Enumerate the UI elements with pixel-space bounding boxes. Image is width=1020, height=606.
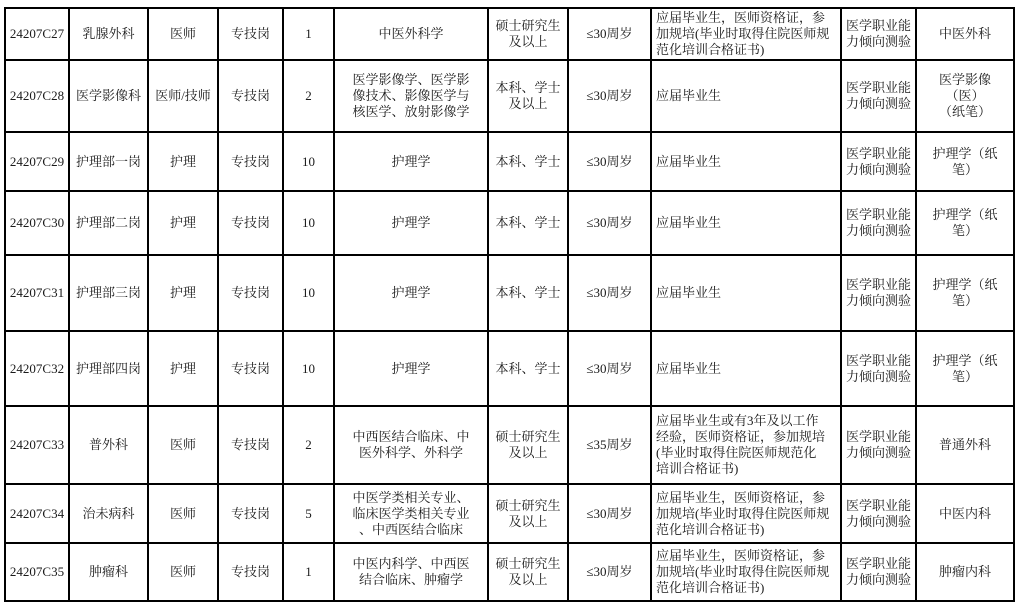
other-requirements-cell: 应届毕业生或有3年及以工作 经验，医师资格证，参加规培 (毕业时取得住院医师规范… xyxy=(651,406,841,484)
department-cell: 护理部三岗 xyxy=(69,255,148,331)
headcount-cell: 10 xyxy=(283,255,334,331)
written-exam-subject-cell: 医学职业能 力倾向测验 xyxy=(841,543,916,601)
age-limit-cell: ≤30周岁 xyxy=(568,331,651,406)
major-requirement-cell: 中医学类相关专业、 临床医学类相关专业 、中西医结合临床 xyxy=(334,484,488,543)
written-exam-subject-cell: 医学职业能 力倾向测验 xyxy=(841,255,916,331)
other-requirements-cell: 应届毕业生，医师资格证，参加规培(毕业时取得住院医师规范化培训合格证书) xyxy=(651,484,841,543)
written-exam-subject-cell: 医学职业能 力倾向测验 xyxy=(841,60,916,132)
professional-subject-cell: 肿瘤内科 xyxy=(916,543,1014,601)
professional-subject-cell: 中医外科 xyxy=(916,8,1014,60)
written-exam-subject-cell: 医学职业能 力倾向测验 xyxy=(841,191,916,255)
headcount-cell: 1 xyxy=(283,543,334,601)
education-degree-cell: 硕士研究生 及以上 xyxy=(488,484,568,543)
department-cell: 护理部二岗 xyxy=(69,191,148,255)
age-limit-cell: ≤30周岁 xyxy=(568,8,651,60)
table-row: 24207C28医学影像科医师/技师专技岗2医学影像学、医学影 像技术、影像医学… xyxy=(5,60,1014,132)
position-type-cell: 医师/技师 xyxy=(148,60,218,132)
department-cell: 护理部四岗 xyxy=(69,331,148,406)
headcount-cell: 10 xyxy=(283,191,334,255)
age-limit-cell: ≤30周岁 xyxy=(568,484,651,543)
headcount-cell: 10 xyxy=(283,331,334,406)
job-code-cell: 24207C30 xyxy=(5,191,69,255)
major-requirement-cell: 护理学 xyxy=(334,255,488,331)
table-body: 24207C27乳腺外科医师专技岗1中医外科学硕士研究生 及以上≤30周岁应届毕… xyxy=(5,8,1014,601)
post-category-cell: 专技岗 xyxy=(218,8,283,60)
department-cell: 治未病科 xyxy=(69,484,148,543)
position-type-cell: 医师 xyxy=(148,8,218,60)
education-degree-cell: 硕士研究生 及以上 xyxy=(488,406,568,484)
age-limit-cell: ≤30周岁 xyxy=(568,191,651,255)
major-requirement-cell: 护理学 xyxy=(334,132,488,191)
post-category-cell: 专技岗 xyxy=(218,132,283,191)
major-requirement-cell: 护理学 xyxy=(334,191,488,255)
education-degree-cell: 硕士研究生 及以上 xyxy=(488,543,568,601)
other-requirements-cell: 应届毕业生 xyxy=(651,255,841,331)
post-category-cell: 专技岗 xyxy=(218,543,283,601)
professional-subject-cell: 护理学（纸 笔） xyxy=(916,255,1014,331)
age-limit-cell: ≤30周岁 xyxy=(568,60,651,132)
department-cell: 普外科 xyxy=(69,406,148,484)
written-exam-subject-cell: 医学职业能 力倾向测验 xyxy=(841,331,916,406)
job-code-cell: 24207C35 xyxy=(5,543,69,601)
education-degree-cell: 本科、学士 xyxy=(488,191,568,255)
age-limit-cell: ≤35周岁 xyxy=(568,406,651,484)
other-requirements-cell: 应届毕业生 xyxy=(651,191,841,255)
post-category-cell: 专技岗 xyxy=(218,191,283,255)
post-category-cell: 专技岗 xyxy=(218,255,283,331)
professional-subject-cell: 普通外科 xyxy=(916,406,1014,484)
major-requirement-cell: 护理学 xyxy=(334,331,488,406)
table-row: 24207C35肿瘤科医师专技岗1中医内科学、中西医 结合临床、肿瘤学硕士研究生… xyxy=(5,543,1014,601)
written-exam-subject-cell: 医学职业能 力倾向测验 xyxy=(841,406,916,484)
professional-subject-cell: 护理学（纸 笔） xyxy=(916,132,1014,191)
education-degree-cell: 本科、学士 xyxy=(488,255,568,331)
position-type-cell: 医师 xyxy=(148,406,218,484)
position-type-cell: 护理 xyxy=(148,132,218,191)
position-type-cell: 护理 xyxy=(148,255,218,331)
table-row: 24207C27乳腺外科医师专技岗1中医外科学硕士研究生 及以上≤30周岁应届毕… xyxy=(5,8,1014,60)
age-limit-cell: ≤30周岁 xyxy=(568,543,651,601)
education-degree-cell: 本科、学士 及以上 xyxy=(488,60,568,132)
table-row: 24207C29护理部一岗护理专技岗10护理学本科、学士≤30周岁应届毕业生医学… xyxy=(5,132,1014,191)
other-requirements-cell: 应届毕业生，医师资格证，参加规培(毕业时取得住院医师规范化培训合格证书) xyxy=(651,8,841,60)
post-category-cell: 专技岗 xyxy=(218,406,283,484)
professional-subject-cell: 护理学（纸 笔） xyxy=(916,331,1014,406)
table-row: 24207C34治未病科医师专技岗5中医学类相关专业、 临床医学类相关专业 、中… xyxy=(5,484,1014,543)
major-requirement-cell: 医学影像学、医学影 像技术、影像医学与 核医学、放射影像学 xyxy=(334,60,488,132)
age-limit-cell: ≤30周岁 xyxy=(568,132,651,191)
headcount-cell: 2 xyxy=(283,60,334,132)
major-requirement-cell: 中医内科学、中西医 结合临床、肿瘤学 xyxy=(334,543,488,601)
recruitment-table: 24207C27乳腺外科医师专技岗1中医外科学硕士研究生 及以上≤30周岁应届毕… xyxy=(4,7,1015,602)
written-exam-subject-cell: 医学职业能 力倾向测验 xyxy=(841,132,916,191)
professional-subject-cell: 护理学（纸 笔） xyxy=(916,191,1014,255)
education-degree-cell: 本科、学士 xyxy=(488,331,568,406)
position-type-cell: 护理 xyxy=(148,331,218,406)
job-code-cell: 24207C31 xyxy=(5,255,69,331)
job-code-cell: 24207C34 xyxy=(5,484,69,543)
position-type-cell: 护理 xyxy=(148,191,218,255)
post-category-cell: 专技岗 xyxy=(218,331,283,406)
job-code-cell: 24207C32 xyxy=(5,331,69,406)
headcount-cell: 1 xyxy=(283,8,334,60)
written-exam-subject-cell: 医学职业能 力倾向测验 xyxy=(841,8,916,60)
position-type-cell: 医师 xyxy=(148,484,218,543)
table-row: 24207C33普外科医师专技岗2中西医结合临床、中 医外科学、外科学硕士研究生… xyxy=(5,406,1014,484)
table-row: 24207C30护理部二岗护理专技岗10护理学本科、学士≤30周岁应届毕业生医学… xyxy=(5,191,1014,255)
education-degree-cell: 本科、学士 xyxy=(488,132,568,191)
major-requirement-cell: 中西医结合临床、中 医外科学、外科学 xyxy=(334,406,488,484)
department-cell: 护理部一岗 xyxy=(69,132,148,191)
job-code-cell: 24207C33 xyxy=(5,406,69,484)
age-limit-cell: ≤30周岁 xyxy=(568,255,651,331)
job-code-cell: 24207C27 xyxy=(5,8,69,60)
other-requirements-cell: 应届毕业生 xyxy=(651,331,841,406)
position-type-cell: 医师 xyxy=(148,543,218,601)
other-requirements-cell: 应届毕业生，医师资格证，参加规培(毕业时取得住院医师规范化培训合格证书) xyxy=(651,543,841,601)
table-row: 24207C32护理部四岗护理专技岗10护理学本科、学士≤30周岁应届毕业生医学… xyxy=(5,331,1014,406)
major-requirement-cell: 中医外科学 xyxy=(334,8,488,60)
headcount-cell: 5 xyxy=(283,484,334,543)
other-requirements-cell: 应届毕业生 xyxy=(651,60,841,132)
table-row: 24207C31护理部三岗护理专技岗10护理学本科、学士≤30周岁应届毕业生医学… xyxy=(5,255,1014,331)
other-requirements-cell: 应届毕业生 xyxy=(651,132,841,191)
department-cell: 医学影像科 xyxy=(69,60,148,132)
headcount-cell: 2 xyxy=(283,406,334,484)
professional-subject-cell: 中医内科 xyxy=(916,484,1014,543)
department-cell: 乳腺外科 xyxy=(69,8,148,60)
job-code-cell: 24207C29 xyxy=(5,132,69,191)
post-category-cell: 专技岗 xyxy=(218,484,283,543)
professional-subject-cell: 医学影像 （医） （纸笔） xyxy=(916,60,1014,132)
page: 24207C27乳腺外科医师专技岗1中医外科学硕士研究生 及以上≤30周岁应届毕… xyxy=(0,0,1020,606)
written-exam-subject-cell: 医学职业能 力倾向测验 xyxy=(841,484,916,543)
headcount-cell: 10 xyxy=(283,132,334,191)
department-cell: 肿瘤科 xyxy=(69,543,148,601)
post-category-cell: 专技岗 xyxy=(218,60,283,132)
job-code-cell: 24207C28 xyxy=(5,60,69,132)
education-degree-cell: 硕士研究生 及以上 xyxy=(488,8,568,60)
